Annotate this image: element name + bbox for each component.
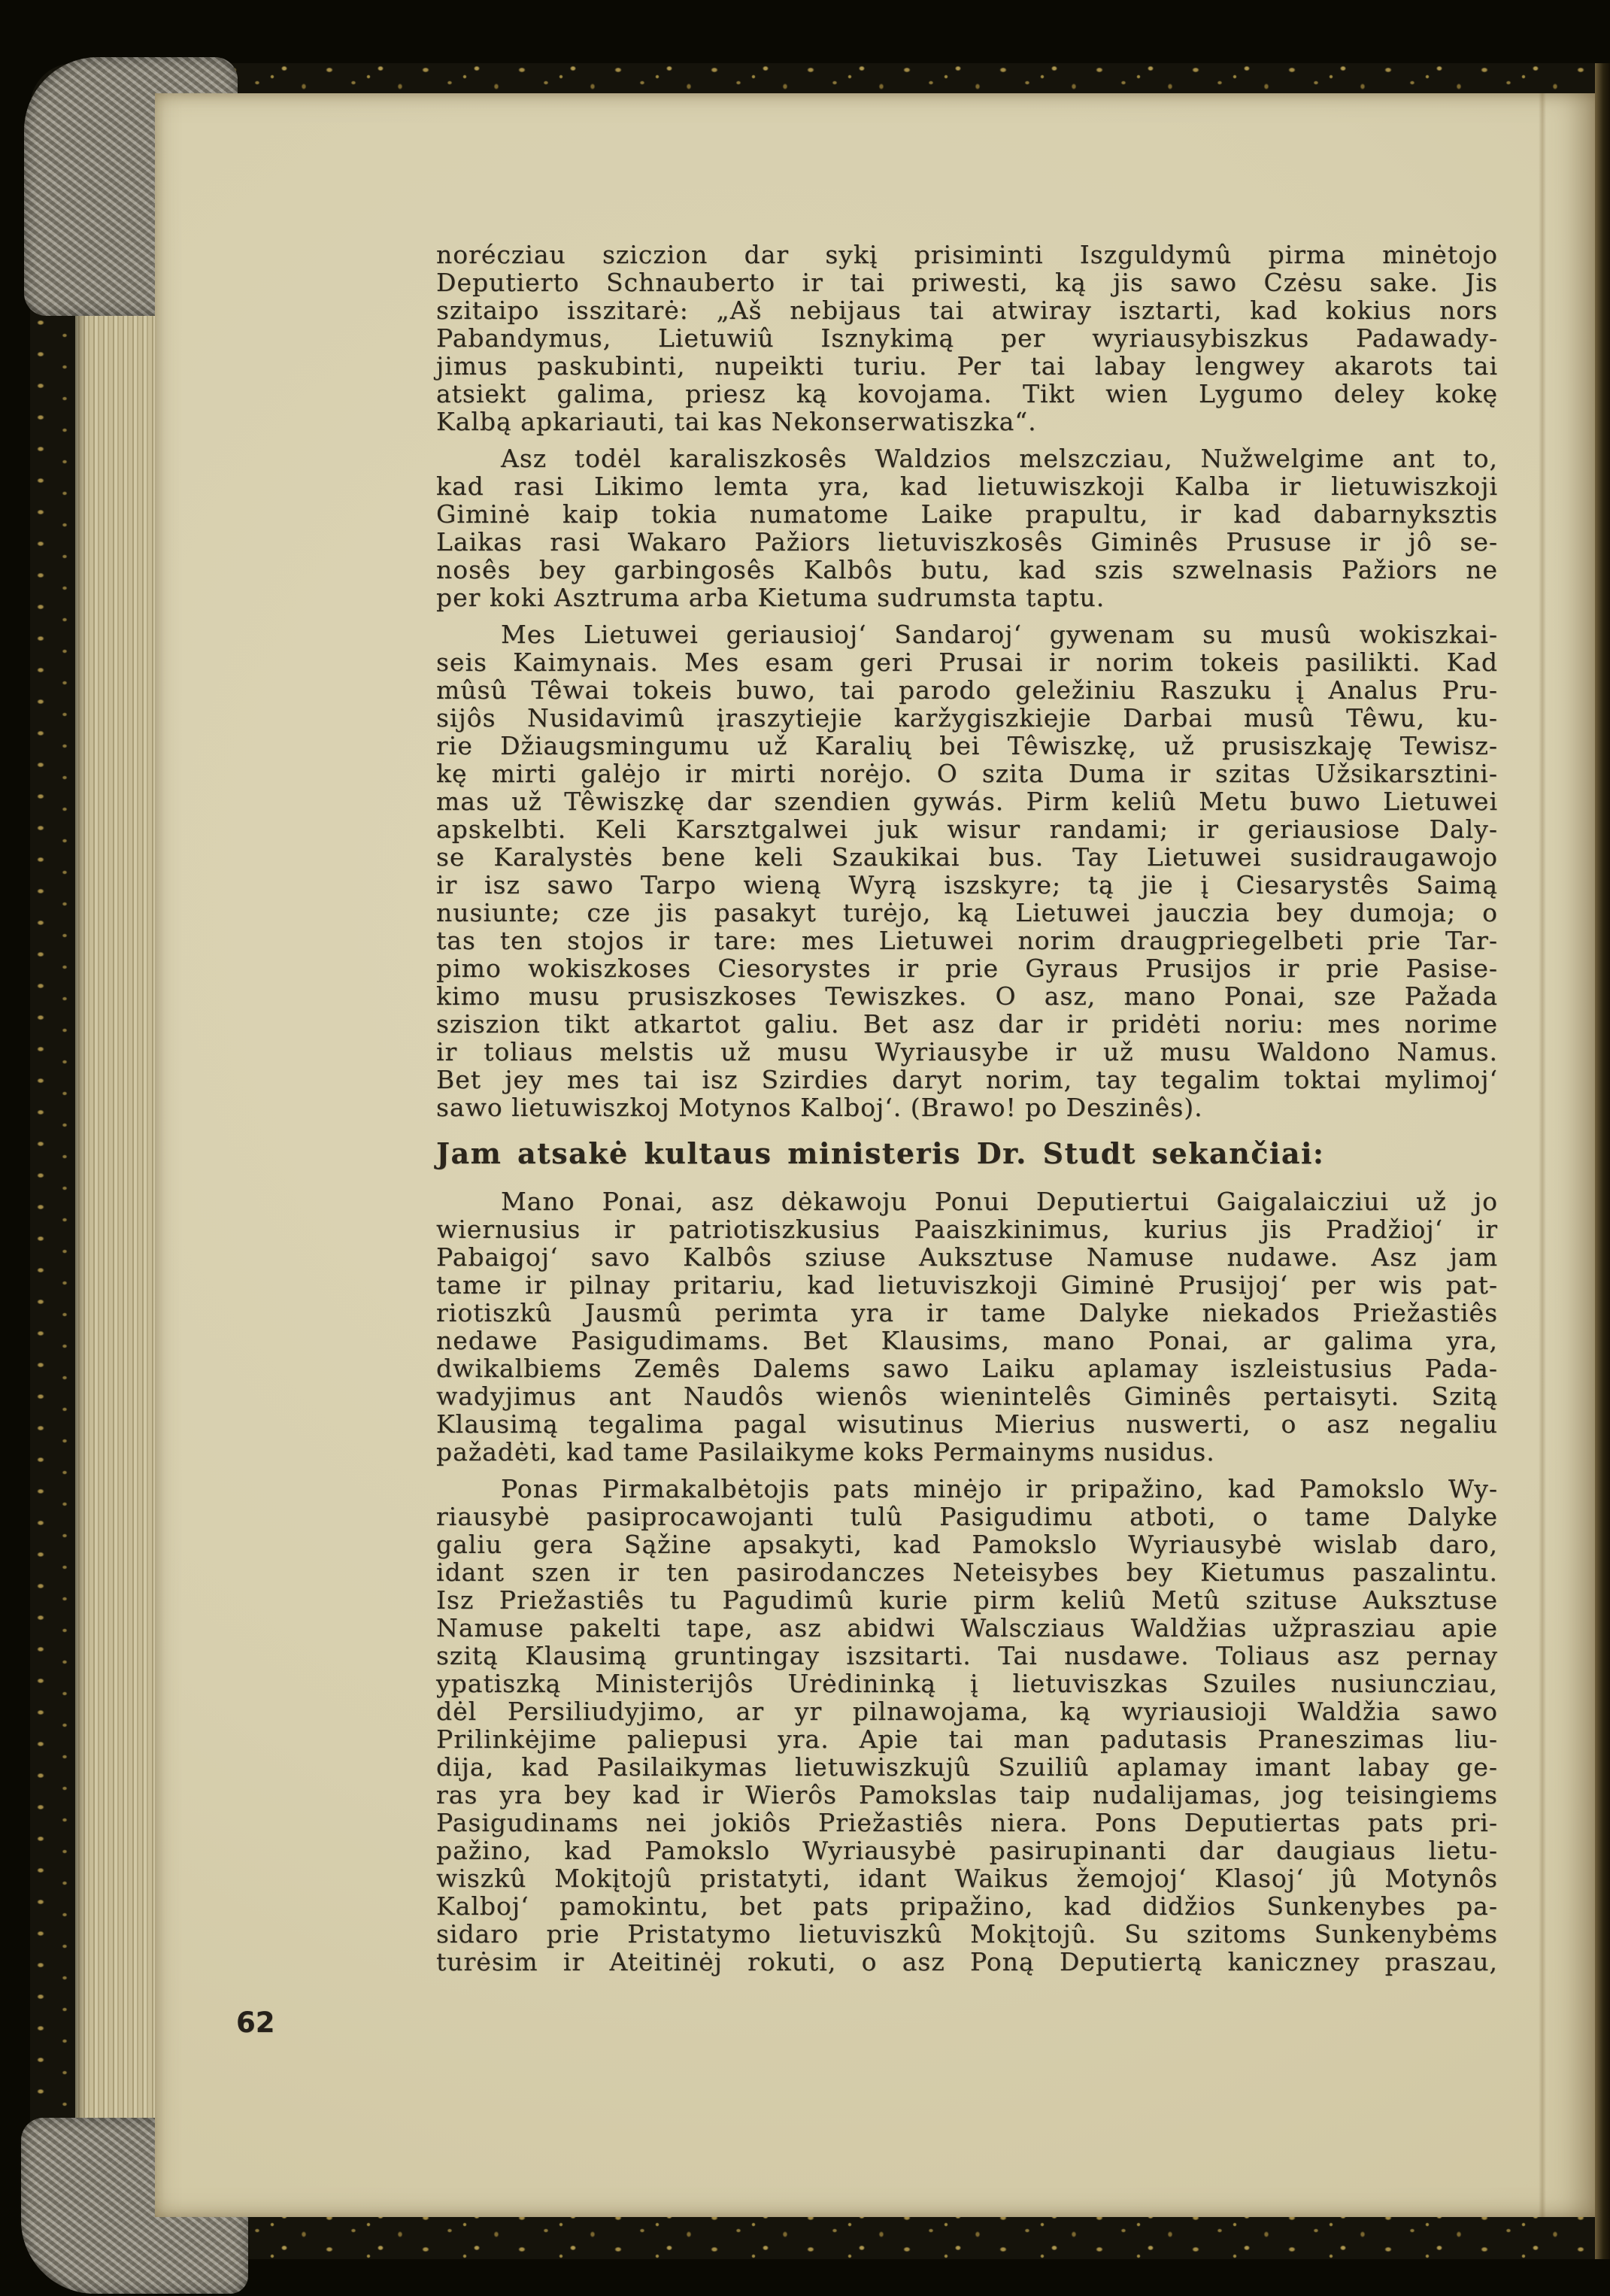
text-line: nosês bey garbingosês Kalbôs butu, kad s… <box>436 556 1498 584</box>
text-column: norécziau sziczion dar sykį prisiminti I… <box>436 241 1498 1985</box>
text-line: kimo musu prusiszkoses Tewiszkes. O asz,… <box>436 982 1498 1010</box>
text-line: pimo wokiszkoses Ciesorystes ir prie Gyr… <box>436 954 1498 982</box>
text-line: ypatiszką Ministerijôs Urėdininką į liet… <box>436 1670 1498 1697</box>
text-line: Ponas Pirmakalbėtojis pats minėjo ir pri… <box>436 1475 1498 1503</box>
text-line: Mano Ponai, asz dėkawoju Ponui Deputiert… <box>436 1187 1498 1215</box>
text-line: dwikalbiems Zemês Dalems sawo Laiku apla… <box>436 1354 1498 1382</box>
text-line: riausybė pasiprocawojanti tulû Pasigudim… <box>436 1503 1498 1530</box>
body-paragraph: Asz todėl karaliszkosês Waldzios melszcz… <box>436 444 1498 611</box>
text-line: Bet jey mes tai isz Szirdies daryt norim… <box>436 1066 1498 1093</box>
text-line: jimus paskubinti, nupeikti turiu. Per ta… <box>436 352 1498 380</box>
text-line: wadyjimus ant Naudôs wienôs wienintelês … <box>436 1382 1498 1410</box>
text-line: wiszkû Mokįtojû pristatyti, idant Waikus… <box>436 1864 1498 1892</box>
text-line: szitą Klausimą gruntingay iszsitarti. Ta… <box>436 1642 1498 1670</box>
text-line: Deputierto Schnauberto ir tai priwesti, … <box>436 268 1498 296</box>
text-line: dėl Persiliudyjimo, ar yr pilnawojama, k… <box>436 1697 1498 1725</box>
text-line: pažino, kad Pamokslo Wyriausybė pasirupi… <box>436 1836 1498 1864</box>
text-line: Giminė kaip tokia numatome Laike prapult… <box>436 500 1498 528</box>
text-line: Pabaigoj‘ savo Kalbôs sziuse Auksztuse N… <box>436 1243 1498 1271</box>
text-line: tame ir pilnay pritariu, kad lietuviszko… <box>436 1271 1498 1299</box>
text-line: rie Džiaugsmingumu už Karalių bei Têwisz… <box>436 732 1498 760</box>
text-line: sawo lietuwiszkoj Motynos Kalboj‘. (Braw… <box>436 1093 1498 1121</box>
text-line: pažadėti, kad tame Pasilaikyme koks Perm… <box>436 1438 1498 1466</box>
page-fold-line <box>1539 93 1546 2217</box>
text-line: Mes Lietuwei geriausioj‘ Sandaroj‘ gywen… <box>436 620 1498 648</box>
text-line: Klausimą tegalima pagal wisutinus Mieriu… <box>436 1410 1498 1438</box>
text-line: wiernusius ir patriotiszkusius Paaiszkin… <box>436 1215 1498 1243</box>
text-line: turėsim ir Ateitinėj rokuti, o asz Poną … <box>436 1948 1498 1976</box>
text-line: norécziau sziczion dar sykį prisiminti I… <box>436 241 1498 268</box>
text-line: Kalboj‘ pamokintu, bet pats pripažino, k… <box>436 1892 1498 1920</box>
text-line: ir isz sawo Tarpo wieną Wyrą iszskyre; t… <box>436 871 1498 899</box>
text-line: ir toliaus melstis už musu Wyriausybe ir… <box>436 1038 1498 1066</box>
text-line: Kalbą apkariauti, tai kas Nekonserwatisz… <box>436 408 1498 435</box>
text-line: nusiunte; cze jis pasakyt turėjo, ką Lie… <box>436 899 1498 927</box>
text-line: nedawe Pasigudimams. Bet Klausims, mano … <box>436 1327 1498 1354</box>
body-paragraph: norécziau sziczion dar sykį prisiminti I… <box>436 241 1498 435</box>
text-line: riotiszkû Jausmû perimta yra ir tame Dal… <box>436 1299 1498 1327</box>
text-line: Pabandymus, Lietuwiû Isznykimą per wyria… <box>436 324 1498 352</box>
text-line: mûsû Têwai tokeis buwo, tai parodo gelež… <box>436 676 1498 704</box>
text-line: apskelbti. Keli Karsztgalwei juk wisur r… <box>436 815 1498 843</box>
page-edge-stack <box>75 87 159 2237</box>
text-line: Laikas rasi Wakaro Pažiors lietuviszkosê… <box>436 528 1498 556</box>
text-line: galiu gera Sąžine apsakyti, kad Pamokslo… <box>436 1530 1498 1558</box>
text-line: kę mirti galėjo ir mirti norėjo. O szita… <box>436 760 1498 787</box>
text-line: dija, kad Pasilaikymas lietuwiszkujû Szu… <box>436 1753 1498 1781</box>
text-line: se Karalystės bene keli Szaukikai bus. T… <box>436 843 1498 871</box>
text-line: seis Kaimynais. Mes esam geri Prusai ir … <box>436 648 1498 676</box>
book-scan: norécziau sziczion dar sykį prisiminti I… <box>0 0 1610 2296</box>
text-line: Prilinkėjime paliepusi yra. Apie tai man… <box>436 1725 1498 1753</box>
text-line: tas ten stojos ir tare: mes Lietuwei nor… <box>436 927 1498 954</box>
body-paragraph: Mano Ponai, asz dėkawoju Ponui Deputiert… <box>436 1187 1498 1466</box>
page-number: 62 <box>236 2006 275 2039</box>
section-heading: Jam atsakė kultaus ministeris Dr. Studt … <box>436 1136 1498 1171</box>
text-line: Namuse pakelti tape, asz abidwi Walsczia… <box>436 1614 1498 1642</box>
text-line: Isz Priežastiês tu Pagudimû kurie pirm k… <box>436 1586 1498 1614</box>
body-paragraph: Mes Lietuwei geriausioj‘ Sandaroj‘ gywen… <box>436 620 1498 1121</box>
text-line: ras yra bey kad ir Wierôs Pamokslas taip… <box>436 1781 1498 1809</box>
body-paragraph: Ponas Pirmakalbėtojis pats minėjo ir pri… <box>436 1475 1498 1976</box>
book-page: norécziau sziczion dar sykį prisiminti I… <box>155 93 1596 2217</box>
text-line: idant szen ir ten pasirodanczes Neteisyb… <box>436 1558 1498 1586</box>
text-line: sziszion tikt atkartot galiu. Bet asz da… <box>436 1010 1498 1038</box>
text-line: Asz todėl karaliszkosês Waldzios melszcz… <box>436 444 1498 472</box>
text-line: sidaro prie Pristatymo lietuviszkû Mokįt… <box>436 1920 1498 1948</box>
text-line: atsiekt galima, priesz ką kovojama. Tikt… <box>436 380 1498 408</box>
text-line: Pasigudinams nei jokiôs Priežastiês nier… <box>436 1809 1498 1836</box>
page-gutter-shadow <box>1595 63 1610 2259</box>
text-line: kad rasi Likimo lemta yra, kad lietuwisz… <box>436 472 1498 500</box>
text-line: szitaipo isszitarė: „Aš nebijaus tai atw… <box>436 296 1498 324</box>
text-line: sijôs Nusidavimû įraszytiejie karžygiszk… <box>436 704 1498 732</box>
text-line: per koki Asztruma arba Kietuma sudrumsta… <box>436 584 1498 611</box>
text-line: mas už Têwiszkę dar szendien gywás. Pirm… <box>436 787 1498 815</box>
